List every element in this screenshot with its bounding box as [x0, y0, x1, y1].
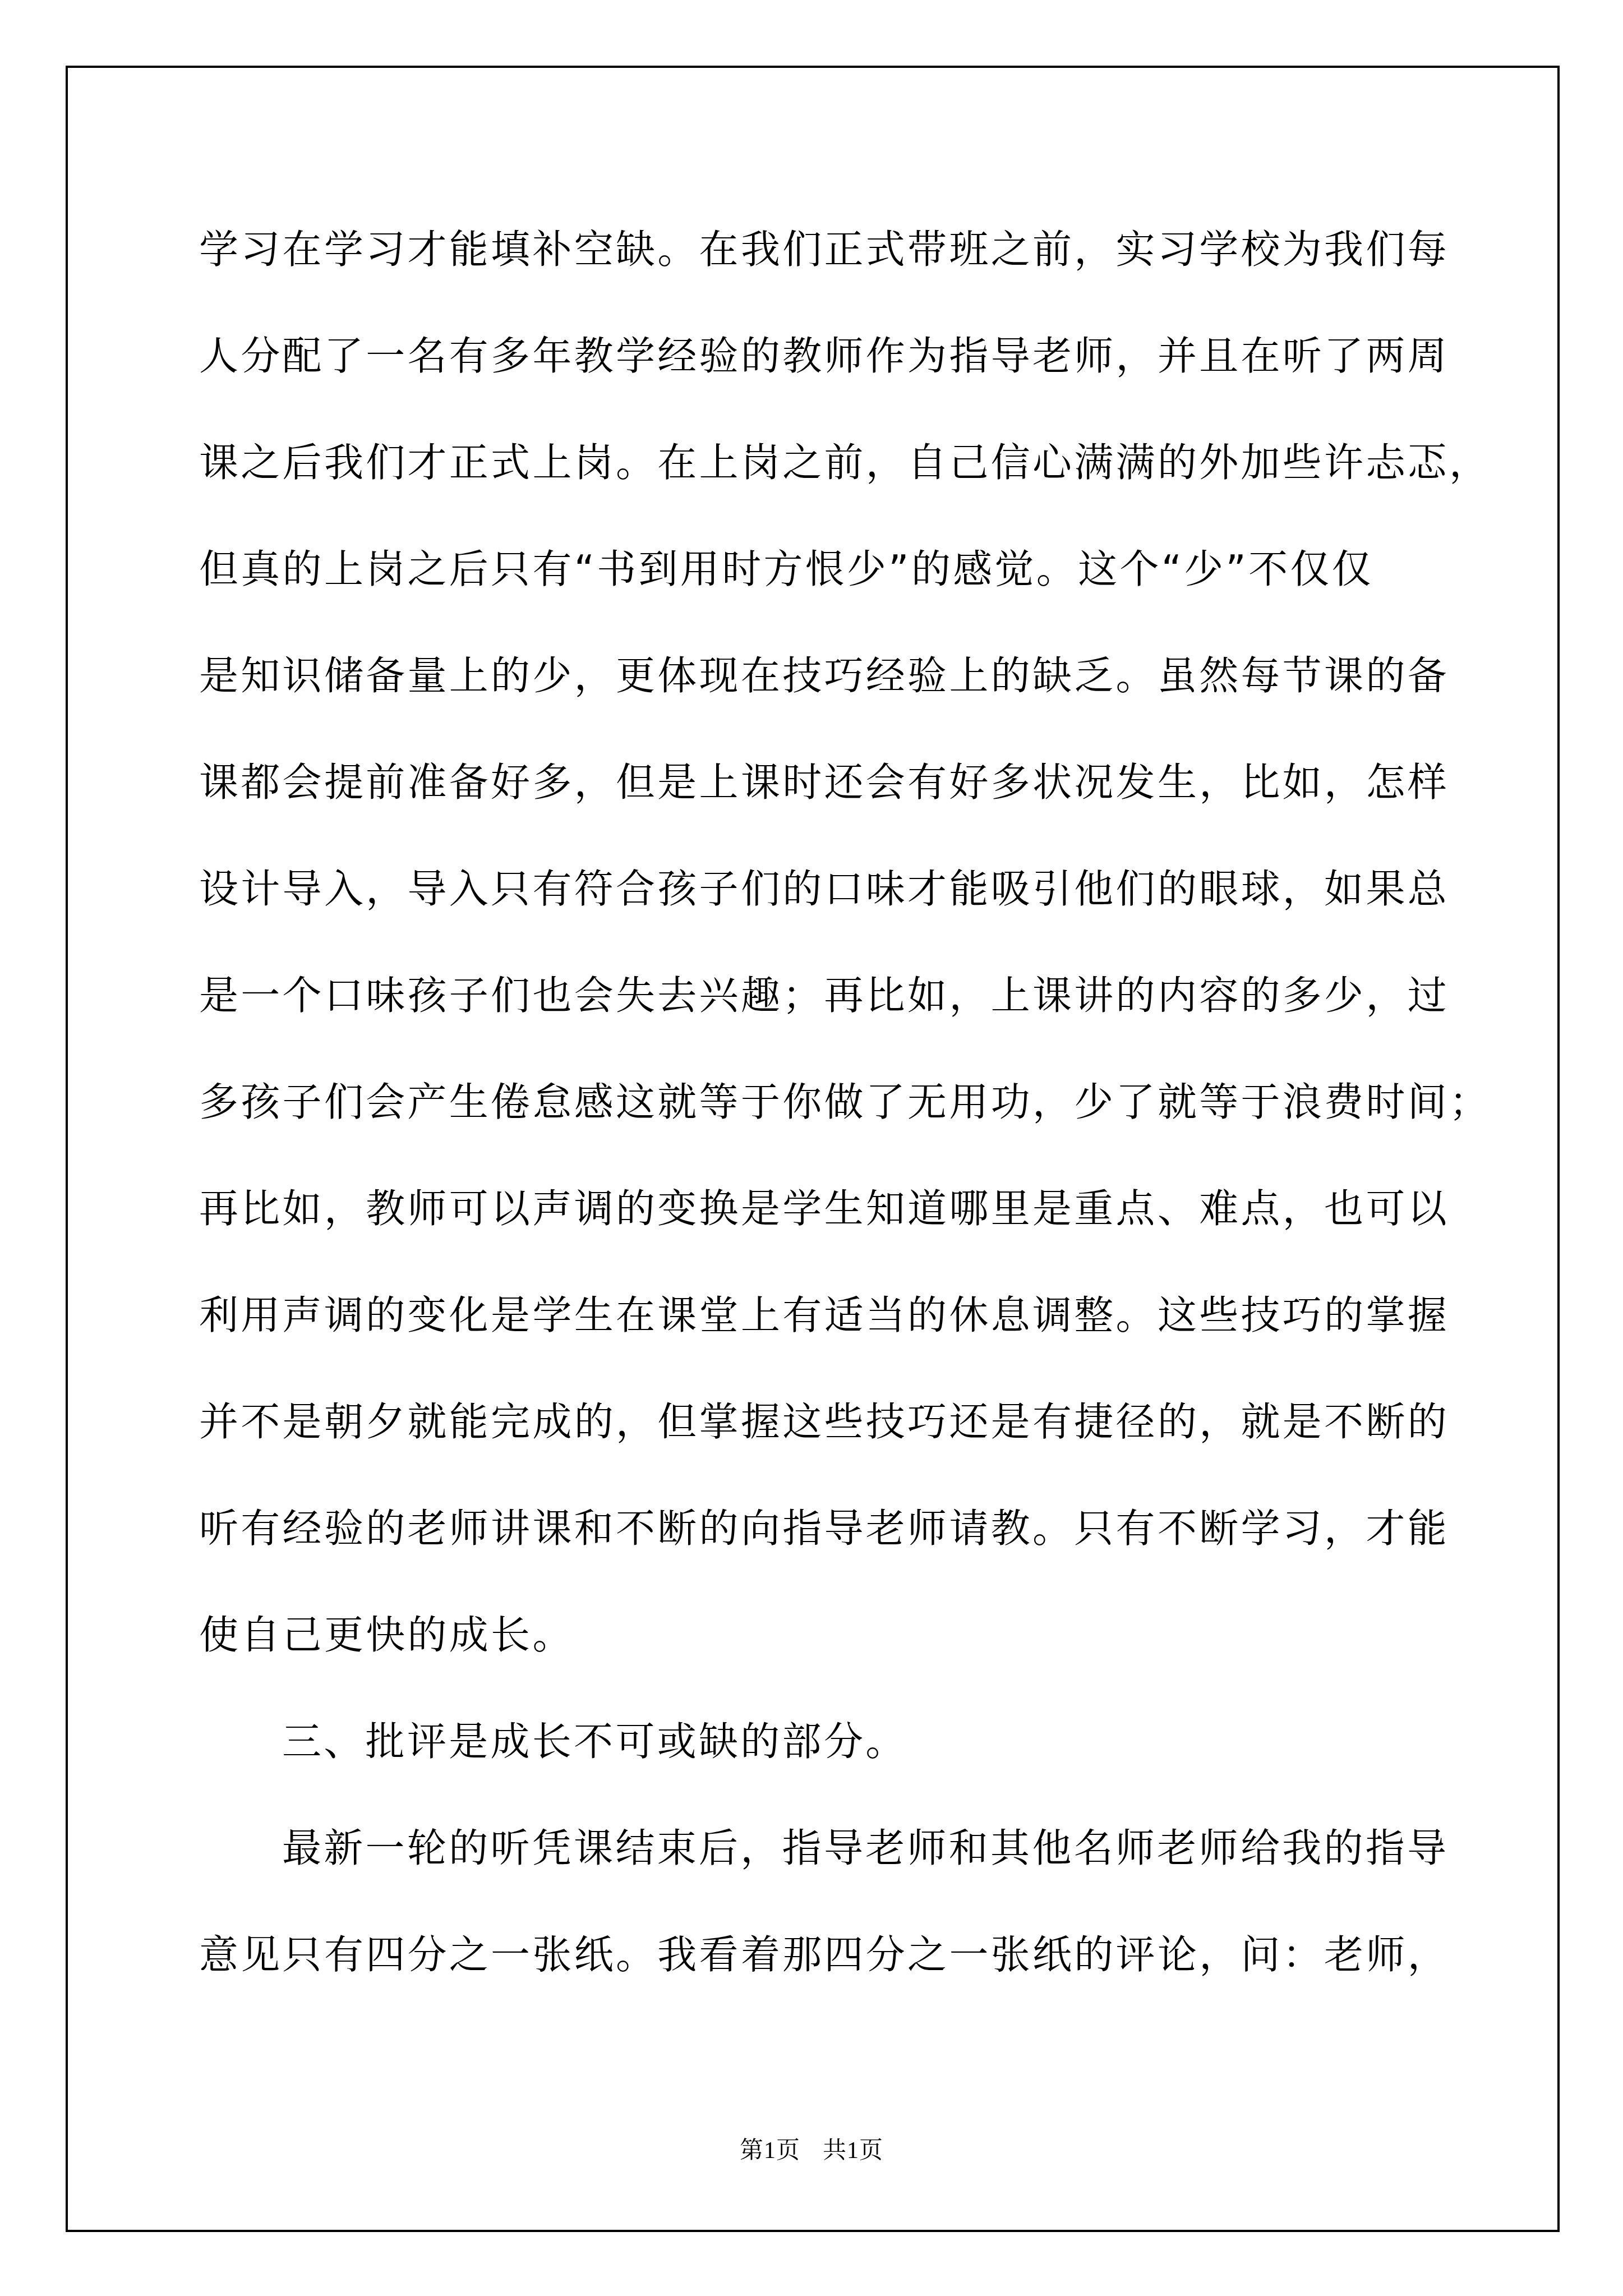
text-line: 人分配了一名有多年教学经验的教师作为指导老师，并且在听了两周 — [199, 314, 1450, 421]
text-line: 是知识储备量上的少，更体现在技巧经验上的缺乏。虽然每节课的备 — [199, 634, 1450, 740]
text-line: 但真的上岗之后只有“书到用时方恨少”的感觉。这个“少”不仅仅 — [199, 527, 1450, 634]
text-line: 利用声调的变化是学生在课堂上有适当的休息调整。这些技巧的掌握 — [199, 1273, 1450, 1380]
text-line: 并不是朝夕就能完成的，但掌握这些技巧还是有捷径的，就是不断的 — [199, 1380, 1450, 1487]
text-line: 学习在学习才能填补空缺。在我们正式带班之前，实习学校为我们每 — [199, 208, 1450, 314]
text-line: 最新一轮的听凭课结束后，指导老师和其他名师老师给我的指导 — [199, 1806, 1450, 1913]
text-line: 是一个口味孩子们也会失去兴趣；再比如，上课讲的内容的多少，过 — [199, 954, 1450, 1060]
text-line: 课之后我们才正式上岗。在上岗之前，自己信心满满的外加些许忐忑， — [199, 421, 1450, 527]
text-line: 多孩子们会产生倦怠感这就等于你做了无用功，少了就等于浪费时间； — [199, 1060, 1450, 1167]
document-body: 学习在学习才能填补空缺。在我们正式带班之前，实习学校为我们每 人分配了一名有多年… — [199, 208, 1450, 2019]
page-number: 第1页 — [740, 2138, 800, 2164]
section-heading: 三、批评是成长不可或缺的部分。 — [199, 1700, 1450, 1806]
page-count: 共1页 — [823, 2138, 883, 2164]
text-line: 课都会提前准备好多，但是上课时还会有好多状况发生，比如，怎样 — [199, 740, 1450, 847]
text-line: 再比如，教师可以声调的变换是学生知道哪里是重点、难点，也可以 — [199, 1167, 1450, 1273]
text-line: 设计导入，导入只有符合孩子们的口味才能吸引他们的眼球，如果总 — [199, 847, 1450, 954]
page-footer: 第1页共1页 — [0, 2132, 1623, 2165]
text-line: 使自己更快的成长。 — [199, 1593, 1450, 1700]
text-line: 意见只有四分之一张纸。我看着那四分之一张纸的评论，问：老师， — [199, 1913, 1450, 2019]
text-line: 听有经验的老师讲课和不断的向指导老师请教。只有不断学习，才能 — [199, 1487, 1450, 1593]
